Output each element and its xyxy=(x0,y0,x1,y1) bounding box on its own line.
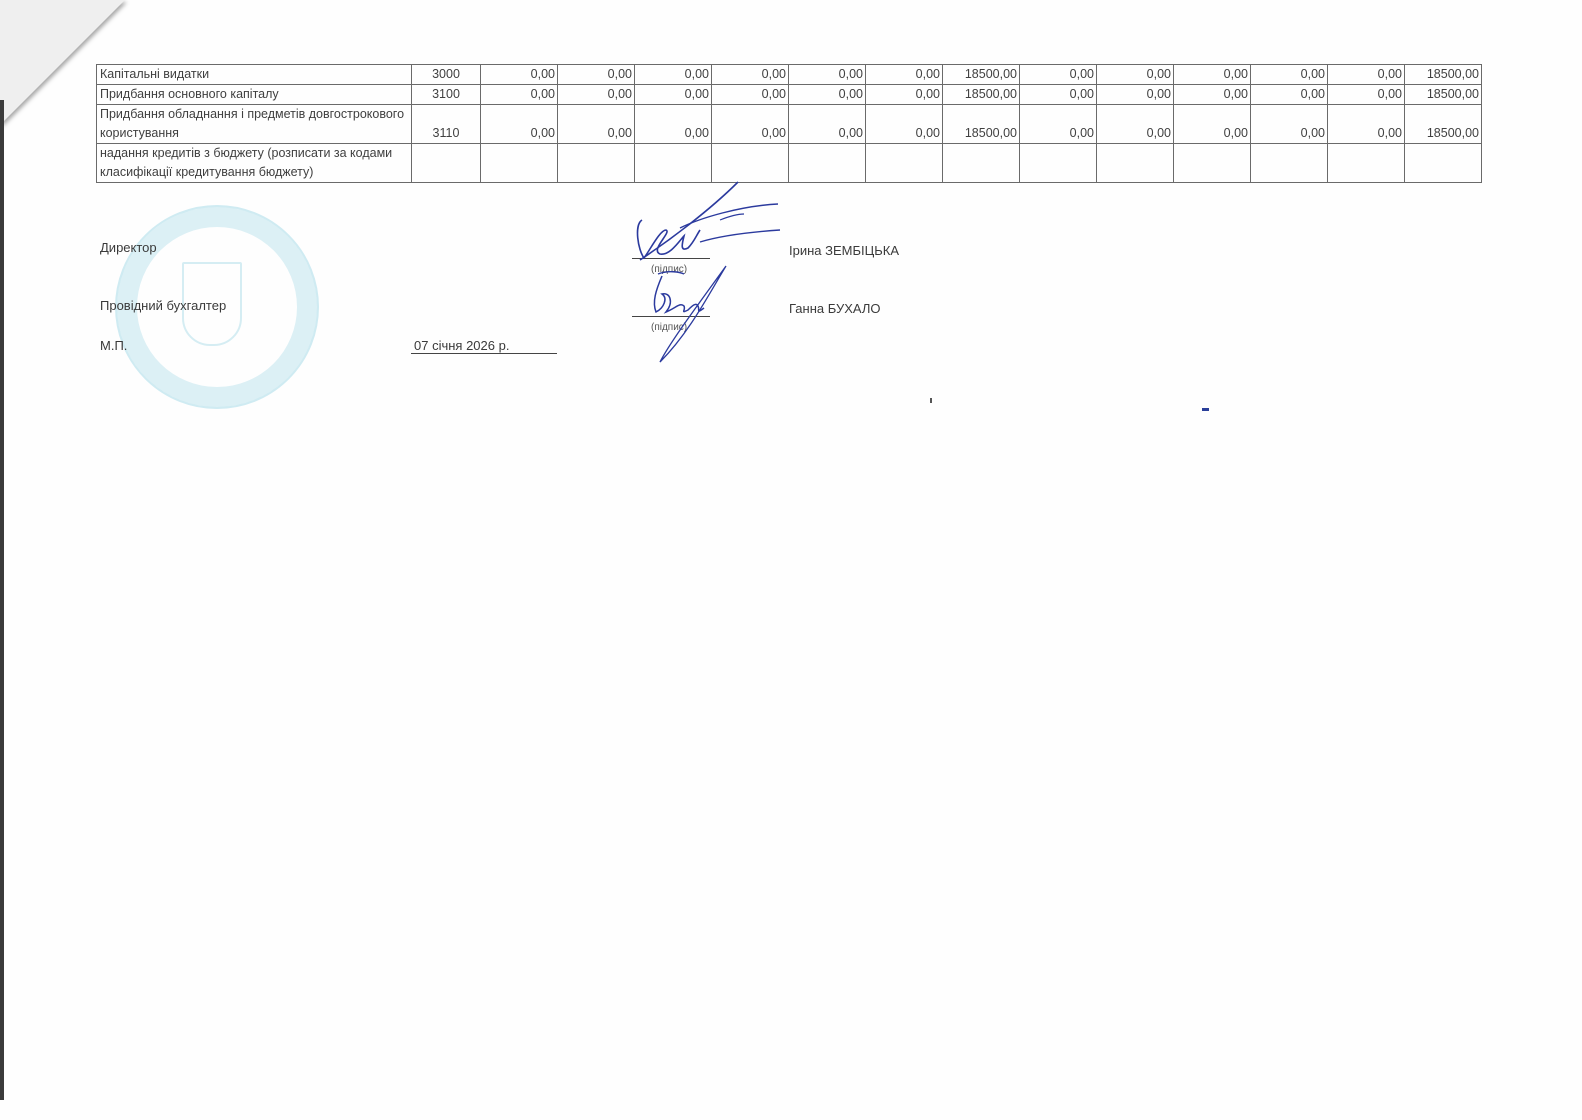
value-cell: 0,00 xyxy=(1251,105,1328,144)
value-cell: 18500,00 xyxy=(1405,85,1482,105)
row-name-cell: Придбання основного капіталу xyxy=(97,85,412,105)
value-cell: 0,00 xyxy=(1328,85,1405,105)
value-cell xyxy=(789,144,866,183)
accountant-name: Ганна БУХАЛО xyxy=(789,301,881,316)
value-cell xyxy=(481,144,558,183)
value-cell: 18500,00 xyxy=(1405,65,1482,85)
value-cell: 0,00 xyxy=(789,65,866,85)
value-cell xyxy=(1405,144,1482,183)
value-cell: 0,00 xyxy=(866,65,943,85)
value-cell: 0,00 xyxy=(1097,85,1174,105)
accountant-signature-icon xyxy=(640,262,740,367)
value-cell: 0,00 xyxy=(1251,65,1328,85)
scan-speck xyxy=(930,398,932,403)
value-cell: 0,00 xyxy=(1251,85,1328,105)
value-cell: 0,00 xyxy=(1097,65,1174,85)
director-role-label: Директор xyxy=(100,240,157,255)
document-date: 07 січня 2026 р. xyxy=(414,338,509,353)
value-cell xyxy=(943,144,1020,183)
value-cell: 0,00 xyxy=(866,85,943,105)
value-cell xyxy=(866,144,943,183)
table-row: надання кредитів з бюджету (розписати за… xyxy=(97,144,1482,183)
row-code-cell: 3000 xyxy=(412,65,481,85)
value-cell: 0,00 xyxy=(712,65,789,85)
value-cell xyxy=(1328,144,1405,183)
value-cell: 0,00 xyxy=(1174,65,1251,85)
table-row: Капітальні видатки30000,000,000,000,000,… xyxy=(97,65,1482,85)
value-cell xyxy=(1020,144,1097,183)
value-cell xyxy=(712,144,789,183)
value-cell: 0,00 xyxy=(1020,65,1097,85)
row-name-cell: Капітальні видатки xyxy=(97,65,412,85)
value-cell: 0,00 xyxy=(481,105,558,144)
director-name: Ірина ЗЕМБІЦЬКА xyxy=(789,243,899,258)
date-underline xyxy=(411,353,557,354)
value-cell: 0,00 xyxy=(635,105,712,144)
accountant-role-label: Провідний бухгалтер xyxy=(100,298,226,313)
value-cell: 0,00 xyxy=(635,85,712,105)
value-cell: 0,00 xyxy=(712,85,789,105)
value-cell: 0,00 xyxy=(558,105,635,144)
value-cell: 0,00 xyxy=(481,65,558,85)
value-cell: 0,00 xyxy=(1174,105,1251,144)
director-signature-icon xyxy=(620,180,790,270)
value-cell: 0,00 xyxy=(1097,105,1174,144)
value-cell: 0,00 xyxy=(1020,105,1097,144)
row-code-cell: 3100 xyxy=(412,85,481,105)
value-cell: 0,00 xyxy=(789,105,866,144)
value-cell: 0,00 xyxy=(558,65,635,85)
value-cell: 0,00 xyxy=(1328,65,1405,85)
value-cell: 18500,00 xyxy=(943,65,1020,85)
table-row: Придбання обладнання і предметів довгост… xyxy=(97,105,1482,144)
row-name-cell: Придбання обладнання і предметів довгост… xyxy=(97,105,412,144)
value-cell: 0,00 xyxy=(1328,105,1405,144)
page-edge-shadow xyxy=(0,100,4,1100)
row-code-cell xyxy=(412,144,481,183)
row-code-cell: 3110 xyxy=(412,105,481,144)
value-cell xyxy=(1174,144,1251,183)
value-cell xyxy=(1251,144,1328,183)
value-cell: 18500,00 xyxy=(943,105,1020,144)
value-cell: 0,00 xyxy=(866,105,943,144)
value-cell: 0,00 xyxy=(789,85,866,105)
value-cell: 18500,00 xyxy=(1405,105,1482,144)
budget-table: Капітальні видатки30000,000,000,000,000,… xyxy=(96,64,1482,183)
value-cell: 0,00 xyxy=(1174,85,1251,105)
value-cell: 18500,00 xyxy=(943,85,1020,105)
value-cell xyxy=(1097,144,1174,183)
value-cell: 0,00 xyxy=(1020,85,1097,105)
value-cell: 0,00 xyxy=(558,85,635,105)
value-cell: 0,00 xyxy=(635,65,712,85)
ink-speck xyxy=(1202,408,1209,411)
document-page: Капітальні видатки30000,000,000,000,000,… xyxy=(0,0,1582,1120)
value-cell: 0,00 xyxy=(481,85,558,105)
value-cell xyxy=(635,144,712,183)
value-cell xyxy=(558,144,635,183)
row-name-cell: надання кредитів з бюджету (розписати за… xyxy=(97,144,412,183)
seal-label: М.П. xyxy=(100,338,127,353)
table-row: Придбання основного капіталу31000,000,00… xyxy=(97,85,1482,105)
value-cell: 0,00 xyxy=(712,105,789,144)
